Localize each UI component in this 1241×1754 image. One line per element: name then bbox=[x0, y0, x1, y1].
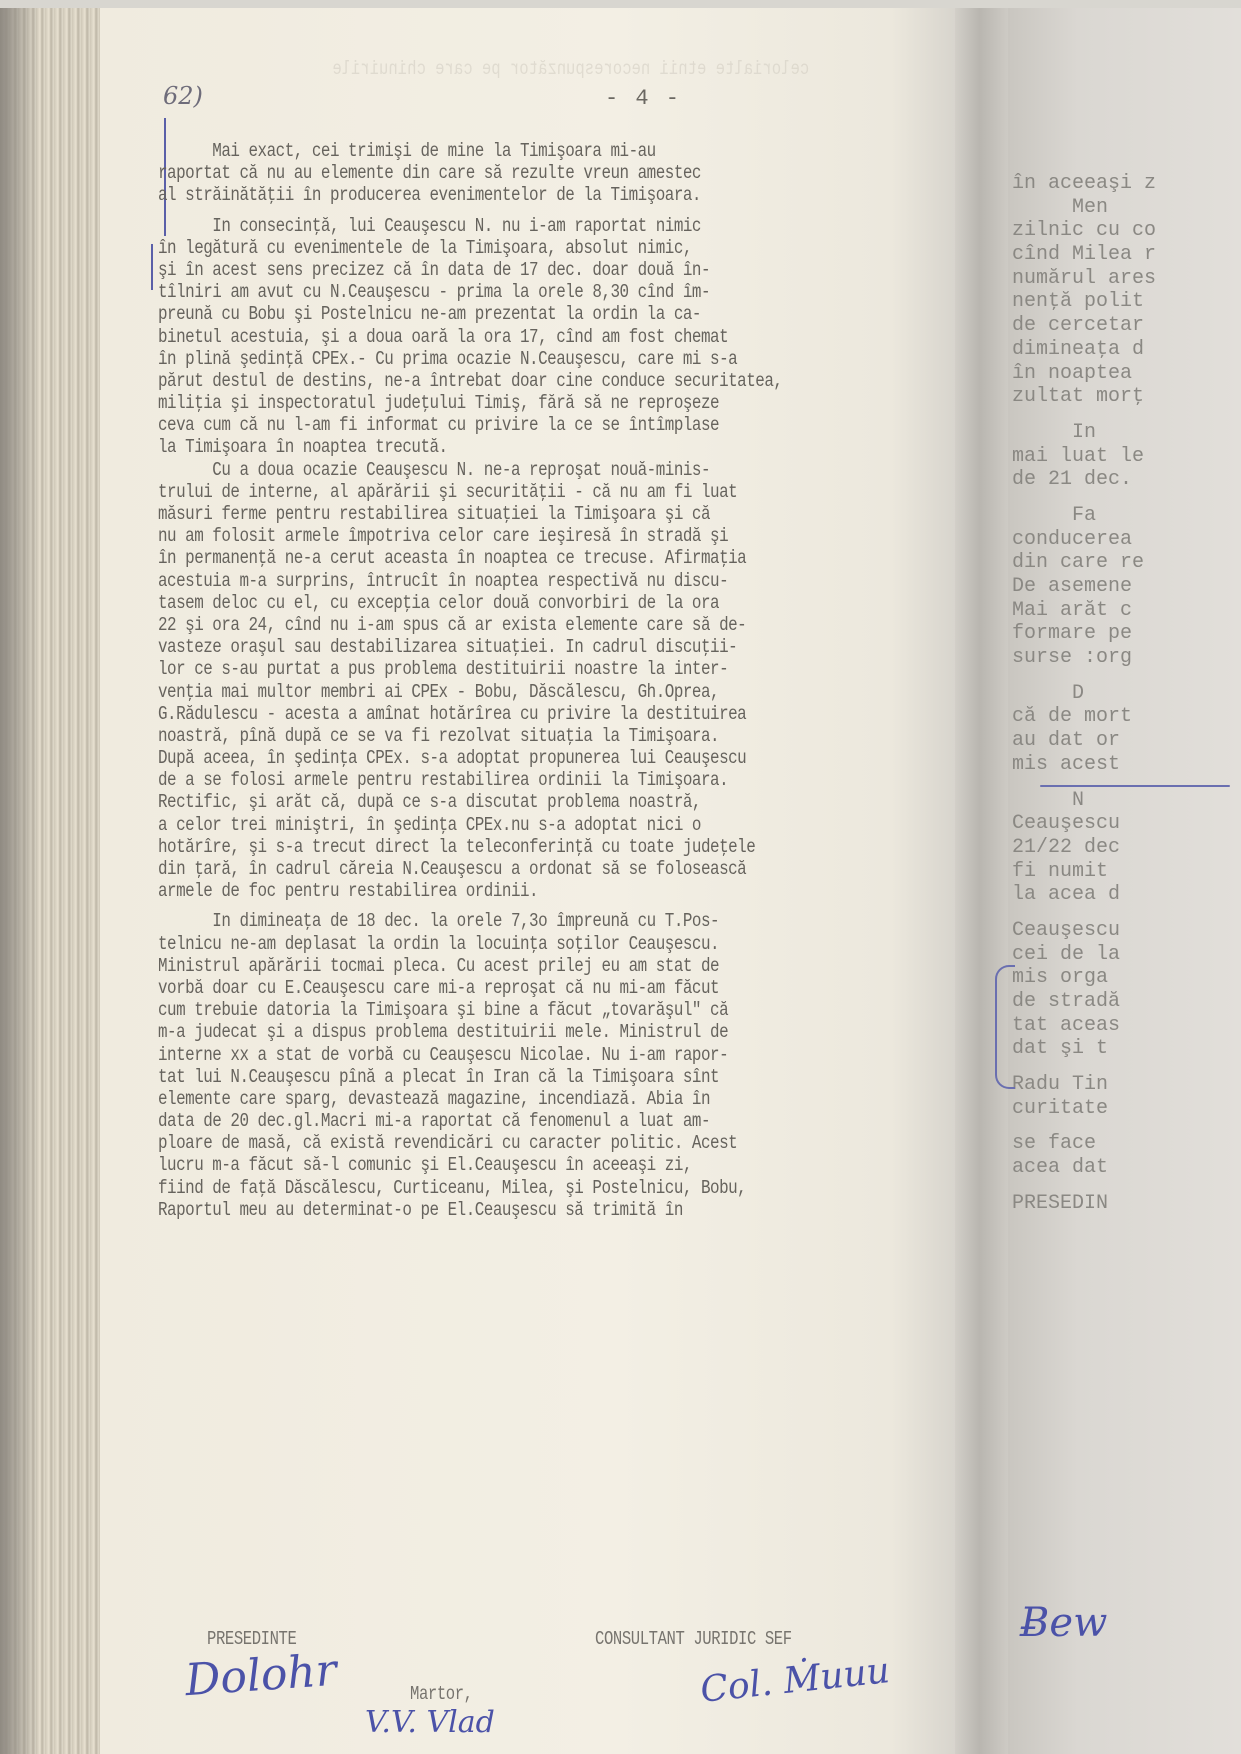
right-line: nenţă polit bbox=[1012, 290, 1241, 314]
right-line: în noaptea bbox=[1012, 362, 1241, 386]
right-line: acea dat bbox=[1012, 1156, 1241, 1180]
right-line bbox=[1012, 907, 1241, 919]
margin-mark-line bbox=[151, 244, 153, 290]
right-line: PRESEDIN bbox=[1012, 1192, 1241, 1216]
right-line: Men bbox=[1012, 196, 1241, 220]
left-line: preună cu Bobu şi Postelnicu ne-am preze… bbox=[158, 303, 814, 325]
right-line: la acea d bbox=[1012, 883, 1241, 907]
right-line: 21/22 dec bbox=[1012, 836, 1241, 860]
left-line: miliţia şi inspectoratul judeţului Timiş… bbox=[158, 392, 814, 414]
left-line: vasteze oraşul sau destabilizarea situaţ… bbox=[158, 636, 814, 658]
left-line: In consecinţă, lui Ceauşescu N. nu i-am … bbox=[158, 215, 814, 237]
page-number: - 4 - bbox=[605, 86, 681, 111]
left-line: ploare de masă, că există revendicări cu… bbox=[158, 1132, 814, 1154]
left-line: cum trebuie datoria la Timişoara şi bine… bbox=[158, 999, 814, 1021]
left-line: interne xx a stat de vorbă cu Ceauşescu … bbox=[158, 1044, 814, 1066]
right-line: dat şi t bbox=[1012, 1037, 1241, 1061]
right-line: De asemene bbox=[1012, 575, 1241, 599]
martor-signature: V.V. Vlad bbox=[365, 1705, 495, 1740]
right-line: zilnic cu co bbox=[1012, 219, 1241, 243]
right-line: In bbox=[1012, 421, 1241, 445]
book-gutter bbox=[955, 8, 1010, 1754]
left-line: tasem deloc cu el, cu excepţia celor dou… bbox=[158, 592, 814, 614]
left-line: acestuia m-a surprins, întrucît în noapt… bbox=[158, 570, 814, 592]
left-line: m-a judecat şi a dispus problema destitu… bbox=[158, 1021, 814, 1043]
right-line: fi numit bbox=[1012, 860, 1241, 884]
scanner-edge bbox=[0, 0, 1241, 8]
right-page-body: în aceeaşi z Menzilnic cu cocînd Milea r… bbox=[1012, 172, 1241, 1216]
right-line bbox=[1012, 492, 1241, 504]
left-line: în plină şedinţă CPEx.- Cu prima ocazie … bbox=[158, 348, 814, 370]
right-line: D bbox=[1012, 682, 1241, 706]
right-line: conducerea bbox=[1012, 528, 1241, 552]
left-line: ceva cum că nu l-am fi informat cu privi… bbox=[158, 414, 814, 436]
presedinte-signature: Dolohr bbox=[183, 1645, 338, 1706]
left-line: 22 şi ora 24, cînd nu i-am spus că ar ex… bbox=[158, 614, 814, 636]
right-line: de 21 dec. bbox=[1012, 468, 1241, 492]
left-line: a celor trei miniştri, în şedinţa CPEx.n… bbox=[158, 814, 814, 836]
left-line: venţia mai multor membri ai CPEx - Bobu,… bbox=[158, 681, 814, 703]
right-line: formare pe bbox=[1012, 622, 1241, 646]
right-line: zultat morţ bbox=[1012, 385, 1241, 409]
left-line: lor ce s-au purtat a pus problema destit… bbox=[158, 658, 814, 680]
left-line: trului de interne, al apărării şi securi… bbox=[158, 481, 814, 503]
right-line: surse :org bbox=[1012, 646, 1241, 670]
left-line: elemente care sparg, devastează magazine… bbox=[158, 1088, 814, 1110]
left-line: După aceea, în şedinţa CPEx. s-a adoptat… bbox=[158, 747, 814, 769]
left-line: al străinătăţii în producerea evenimente… bbox=[158, 184, 814, 206]
right-line: de cercetar bbox=[1012, 314, 1241, 338]
left-line: Ministrul apărării tocmai pleca. Cu aces… bbox=[158, 955, 814, 977]
right-line: Mai arăt c bbox=[1012, 599, 1241, 623]
left-line: părut destul de destins, ne-a întrebat d… bbox=[158, 370, 814, 392]
left-line: noastră, pînă după ce se va fi rezolvat … bbox=[158, 725, 814, 747]
left-line bbox=[158, 902, 814, 910]
left-line: de a se folosi armele pentru restabilire… bbox=[158, 769, 814, 791]
bleed-through-text: celorialte etnii necorespunzător pe care… bbox=[332, 58, 809, 80]
left-line: în legătură cu evenimentele de la Timişo… bbox=[158, 237, 814, 259]
right-line: N bbox=[1012, 789, 1241, 813]
right-line: în aceeaşi z bbox=[1012, 172, 1241, 196]
right-line: Radu Tin bbox=[1012, 1073, 1241, 1097]
left-line: din ţară, în cadrul căreia N.Ceauşescu a… bbox=[158, 858, 814, 880]
right-line: Fa bbox=[1012, 504, 1241, 528]
right-line: Ceauşescu bbox=[1012, 812, 1241, 836]
margin-brace-mark bbox=[995, 965, 1015, 1089]
left-line: data de 20 dec.gl.Macri mi-a raportat că… bbox=[158, 1110, 814, 1132]
consultant-label: CONSULTANT JURIDIC SEF bbox=[595, 1628, 792, 1650]
left-line: Cu a doua ocazie Ceauşescu N. ne-a repro… bbox=[158, 459, 814, 481]
left-line: binetul acestuia, şi a doua oară la ora … bbox=[158, 326, 814, 348]
left-line: măsuri ferme pentru restabilirea situaţi… bbox=[158, 503, 814, 525]
right-page-signature: Ƀew bbox=[1020, 1600, 1107, 1646]
left-line: şi în acest sens precizez că în data de … bbox=[158, 259, 814, 281]
right-line: au dat or bbox=[1012, 729, 1241, 753]
martor-label: Martor, bbox=[410, 1683, 473, 1705]
right-line bbox=[1012, 1061, 1241, 1073]
left-line: în permanenţă ne-a cerut aceasta în noap… bbox=[158, 547, 814, 569]
left-line: In dimineaţa de 18 dec. la orele 7,3o îm… bbox=[158, 910, 814, 932]
left-line bbox=[158, 207, 814, 215]
left-line: Rectific, şi arăt că, după ce s-a discut… bbox=[158, 791, 814, 813]
left-line: vorbă doar cu E.Ceauşescu care mi-a repr… bbox=[158, 977, 814, 999]
left-line: raportat că nu au elemente din care să r… bbox=[158, 162, 814, 184]
right-line: că de mort bbox=[1012, 705, 1241, 729]
right-line: numărul ares bbox=[1012, 267, 1241, 291]
right-line: tat aceas bbox=[1012, 1014, 1241, 1038]
page-stack-shadow bbox=[0, 8, 40, 1754]
left-line: G.Rădulescu - acesta a amînat hotărîrea … bbox=[158, 703, 814, 725]
left-line: telnicu ne-am deplasat la ordin la locui… bbox=[158, 933, 814, 955]
right-line: curitate bbox=[1012, 1097, 1241, 1121]
left-line: tîlniri am avut cu N.Ceauşescu - prima l… bbox=[158, 281, 814, 303]
left-page-body: Mai exact, cei trimişi de mine la Timişo… bbox=[158, 140, 814, 1221]
right-line: Ceauşescu bbox=[1012, 919, 1241, 943]
left-line: la Timişoara în noaptea trecută. bbox=[158, 436, 814, 458]
right-line bbox=[1012, 670, 1241, 682]
left-line: tat lui N.Ceauşescu pînă a plecat în Ira… bbox=[158, 1066, 814, 1088]
right-line: dimineaţa d bbox=[1012, 338, 1241, 362]
pen-underline bbox=[1040, 785, 1230, 787]
right-line: de stradă bbox=[1012, 990, 1241, 1014]
right-line: din care re bbox=[1012, 551, 1241, 575]
right-line: cei de la bbox=[1012, 943, 1241, 967]
right-line: se face bbox=[1012, 1132, 1241, 1156]
right-line: mai luat le bbox=[1012, 445, 1241, 469]
right-line: mis acest bbox=[1012, 753, 1241, 777]
left-line: Mai exact, cei trimişi de mine la Timişo… bbox=[158, 140, 814, 162]
left-line: nu am folosit armele împotriva celor car… bbox=[158, 525, 814, 547]
left-line: lucru m-a făcut să-l comunic şi El.Ceauş… bbox=[158, 1154, 814, 1176]
left-line: Raportul meu au determinat-o pe El.Ceauş… bbox=[158, 1199, 814, 1221]
left-line: hotărîre, şi s-a trecut direct la teleco… bbox=[158, 836, 814, 858]
right-line: cînd Milea r bbox=[1012, 243, 1241, 267]
right-line: mis orga bbox=[1012, 966, 1241, 990]
right-line bbox=[1012, 1180, 1241, 1192]
folio-number-handwritten: 62) bbox=[163, 82, 203, 110]
left-line: armele de foc pentru restabilirea ordini… bbox=[158, 880, 814, 902]
right-line bbox=[1012, 1120, 1241, 1132]
left-line: fiind de faţă Dăscălescu, Curticeanu, Mi… bbox=[158, 1177, 814, 1199]
presedinte-label: PRESEDINTE bbox=[207, 1628, 296, 1650]
right-line bbox=[1012, 409, 1241, 421]
